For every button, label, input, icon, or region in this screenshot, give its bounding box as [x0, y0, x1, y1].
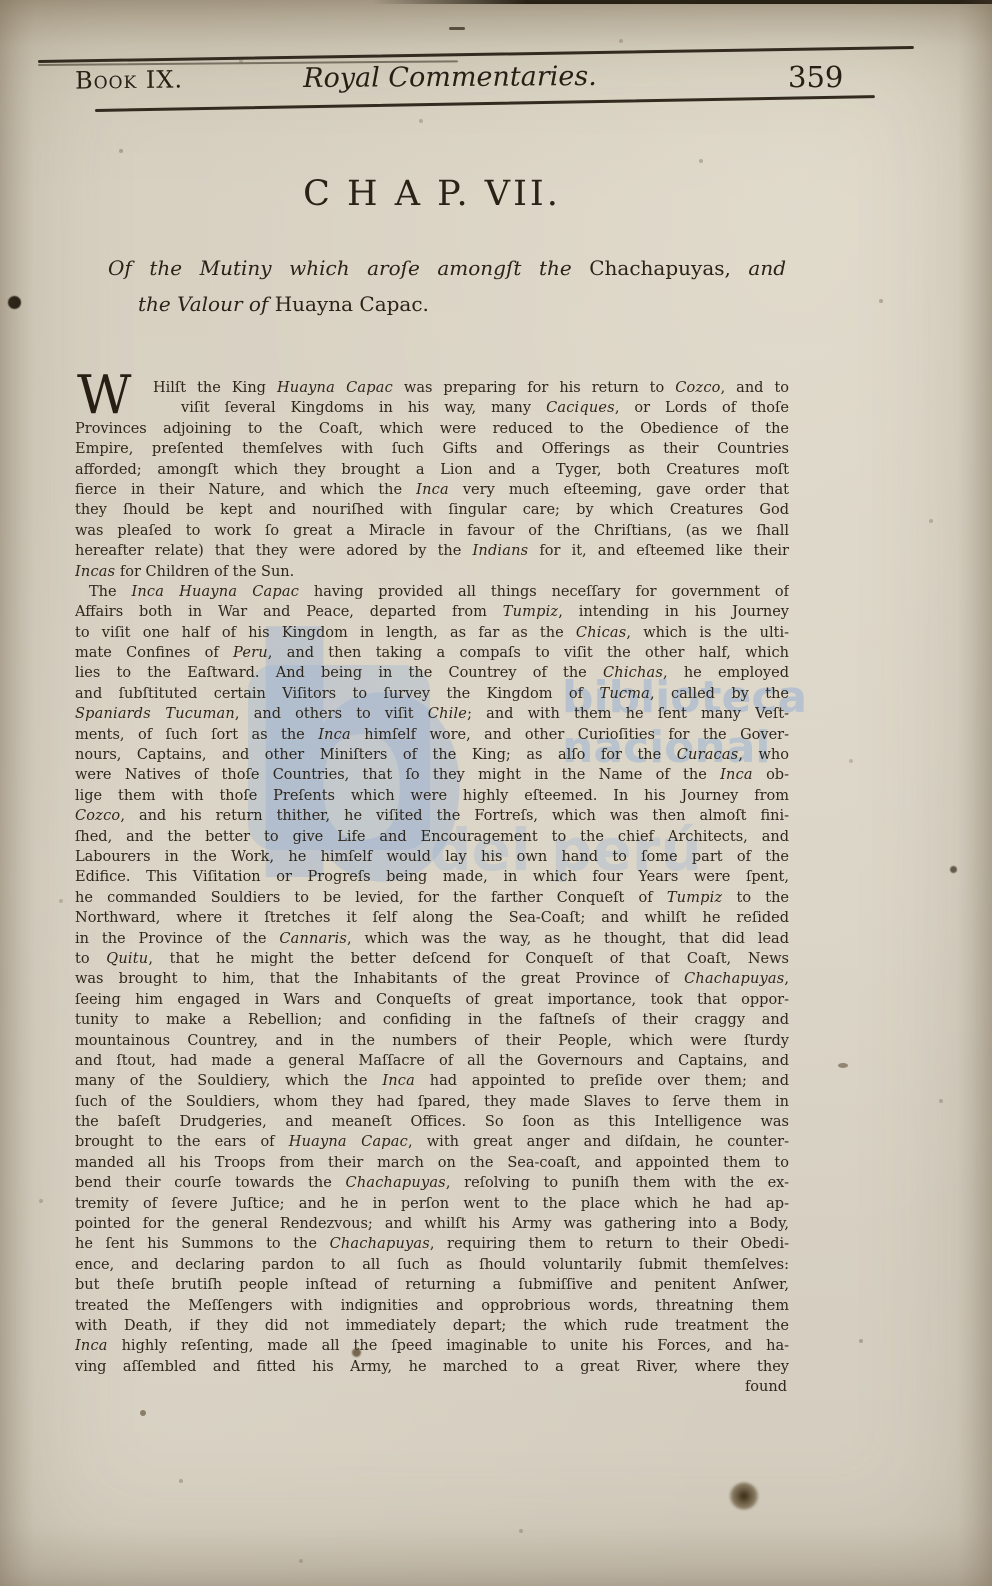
body-line: Affairs both in War and Peace, departed … [75, 602, 789, 622]
body-line: to Quitu, that he might the better deſce… [75, 949, 789, 969]
body-line: ence, and declaring pardon to all ſuch a… [75, 1255, 789, 1275]
ink-stain [950, 866, 957, 873]
page-shading-top [0, 0, 992, 46]
body-line: brought to the ears of Huayna Capac, wit… [75, 1132, 789, 1152]
page-number: 359 [788, 60, 843, 94]
body-line: pointed for the general Rendezvous; and … [75, 1214, 789, 1234]
body-line: mountainous Countrey, and in the numbers… [75, 1031, 789, 1051]
body-line: bend their courſe towards the Chachapuya… [75, 1173, 789, 1193]
chapter-heading: C H A P. VII. [75, 174, 789, 214]
body-line: hereafter relate) that they were adored … [75, 541, 789, 561]
body-line: was pleaſed to work ſo great a Miracle i… [75, 521, 789, 541]
book-page: b biblioteca nacional del perú Book IX. … [0, 0, 992, 1586]
page-shading-bottom [0, 1526, 992, 1586]
body-line: The Inca Huayna Capac having provided al… [75, 582, 789, 602]
body-line: they ſhould be kept and nouriſhed with ſ… [75, 500, 789, 520]
body-line: lige them with thoſe Preſents which were… [75, 786, 789, 806]
body-line: with Death, if they did not immediately … [75, 1316, 789, 1336]
body-line: tremity of ſevere Juſtice; and he in per… [75, 1194, 789, 1214]
page-shading-right [958, 0, 992, 1586]
body-line: and ſubſtituted certain Viſitors to ſurv… [75, 684, 789, 704]
body-line: nours, Captains, and other Miniſters of … [75, 745, 789, 765]
body-line: the baſeſt Drudgeries, and meaneſt Offic… [75, 1112, 789, 1132]
ink-stain [838, 1063, 848, 1068]
body-line: Labourers in the Work, he himſelf would … [75, 847, 789, 867]
body-line: ſhed, and the better to give Life and En… [75, 827, 789, 847]
body-line: ſeeing him engaged in Wars and Conqueſts… [75, 990, 789, 1010]
body-line: lies to the Eaſtward. And being in the C… [75, 663, 789, 683]
body-line: fierce in their Nature, and which the In… [75, 480, 789, 500]
body-line: but theſe brutiſh people inſtead of retu… [75, 1275, 789, 1295]
body-line: Cozco, and his return thither, he viſite… [75, 806, 789, 826]
header-rule-bottom [95, 95, 875, 111]
body-line: Hilſt the King Huayna Capac was preparin… [75, 378, 789, 398]
body-line: Spaniards Tucuman, and others to viſit C… [75, 704, 789, 724]
paper-specks [0, 0, 2, 2]
body-line: Edifice. This Viſitation or Progreſs bei… [75, 867, 789, 887]
body-line: ments, of ſuch ſort as the Inca himſelf … [75, 725, 789, 745]
body-lines: Hilſt the King Huayna Capac was preparin… [75, 378, 789, 1377]
body-line: was brought to him, that the Inhabitants… [75, 969, 789, 989]
body-line: he ſent his Summons to the Chachapuyas, … [75, 1234, 789, 1254]
ink-mark [449, 27, 465, 30]
body-line: Northward, where it ſtretches it ſelf al… [75, 908, 789, 928]
ink-stain [8, 296, 21, 309]
ink-stain [729, 1482, 759, 1510]
body-line: treated the Meſſengers with indignities … [75, 1296, 789, 1316]
body-line: ſuch of the Souldiers, whom they had ſpa… [75, 1092, 789, 1112]
body-line: mate Confines of Peru, and then taking a… [75, 643, 789, 663]
body-line: and ſtout, had made a general Maſſacre o… [75, 1051, 789, 1071]
page-shading-left [0, 0, 34, 1586]
running-title: Royal Commentaries. [0, 59, 900, 96]
body-line: to viſit one half of his Kingdom in leng… [75, 623, 789, 643]
body-line: manded all his Troops from their march o… [75, 1153, 789, 1173]
body-line: viſit ſeveral Kingdoms in his way, many … [75, 398, 789, 418]
chapter-subtitle-line-1: Of the Mutiny which aroſe amongſt the Ch… [108, 250, 786, 286]
body-line: Inca highly reſenting, made all the ſpee… [75, 1336, 789, 1356]
catchword: found [75, 1377, 787, 1397]
body-line: afforded; amongſt which they brought a L… [75, 460, 789, 480]
body-line: in the Province of the Cannaris, which w… [75, 929, 789, 949]
body-line: tunity to make a Rebellion; and confidin… [75, 1010, 789, 1030]
body-line: Empire, preſented themſelves with ſuch G… [75, 439, 789, 459]
chapter-subtitle-line-2: the Valour of Huayna Capac. [108, 286, 786, 322]
body-line: Provinces adjoining to the Coaſt, which … [75, 419, 789, 439]
body-line: he commanded Souldiers to be levied, for… [75, 888, 789, 908]
body-line: Incas for Children of the Sun. [75, 562, 789, 582]
body-line: many of the Souldiery, which the Inca ha… [75, 1071, 789, 1091]
chapter-subtitle: Of the Mutiny which aroſe amongſt the Ch… [108, 250, 786, 322]
body-line: were Natives of thoſe Countries, that ſo… [75, 765, 789, 785]
ink-stain [140, 1410, 146, 1416]
page-top-edge [372, 0, 992, 4]
body-line: ving aſſembled and fitted his Army, he m… [75, 1357, 789, 1377]
